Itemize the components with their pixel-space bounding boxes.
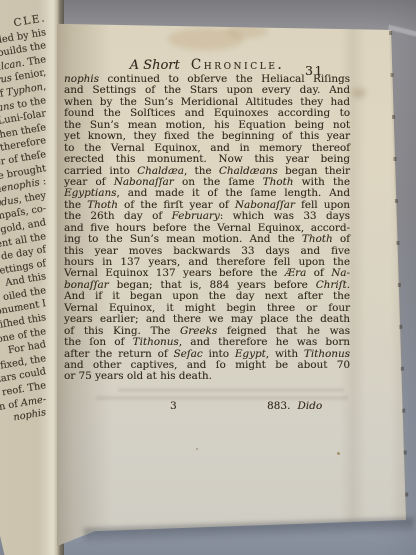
- note-number: 883.: [267, 400, 290, 412]
- signature-mark: 3: [170, 400, 177, 412]
- left-page-edge: CLE.ceeded by hiso builds theVulcan. The…: [0, 0, 64, 555]
- ink-showthrough: [118, 388, 344, 392]
- header-title-italic: A Short: [130, 58, 180, 73]
- paper-stain: [352, 88, 366, 98]
- left-page-text-fragments: CLE.ceeded by hiso builds theVulcan. The…: [0, 12, 46, 420]
- text-line: nophis: [0, 406, 47, 444]
- marginal-date-note: 883.Dido: [267, 400, 322, 412]
- book-photograph: CLE.ceeded by hiso builds theVulcan. The…: [0, 0, 416, 555]
- right-page: A Short Chronicle. 31 nophis continued t…: [0, 0, 416, 555]
- foxing-spot: [196, 448, 198, 450]
- paper-stain: [226, 24, 268, 38]
- header-title-caps: Chronicle.: [191, 57, 285, 73]
- background-seam: [388, 25, 416, 39]
- body-text: nophis continued to obſerve the Heliacal…: [64, 74, 350, 383]
- catchword: Dido: [297, 400, 322, 412]
- text-line: or 75 years old at his death.: [64, 371, 350, 382]
- foxing-spot: [337, 452, 340, 455]
